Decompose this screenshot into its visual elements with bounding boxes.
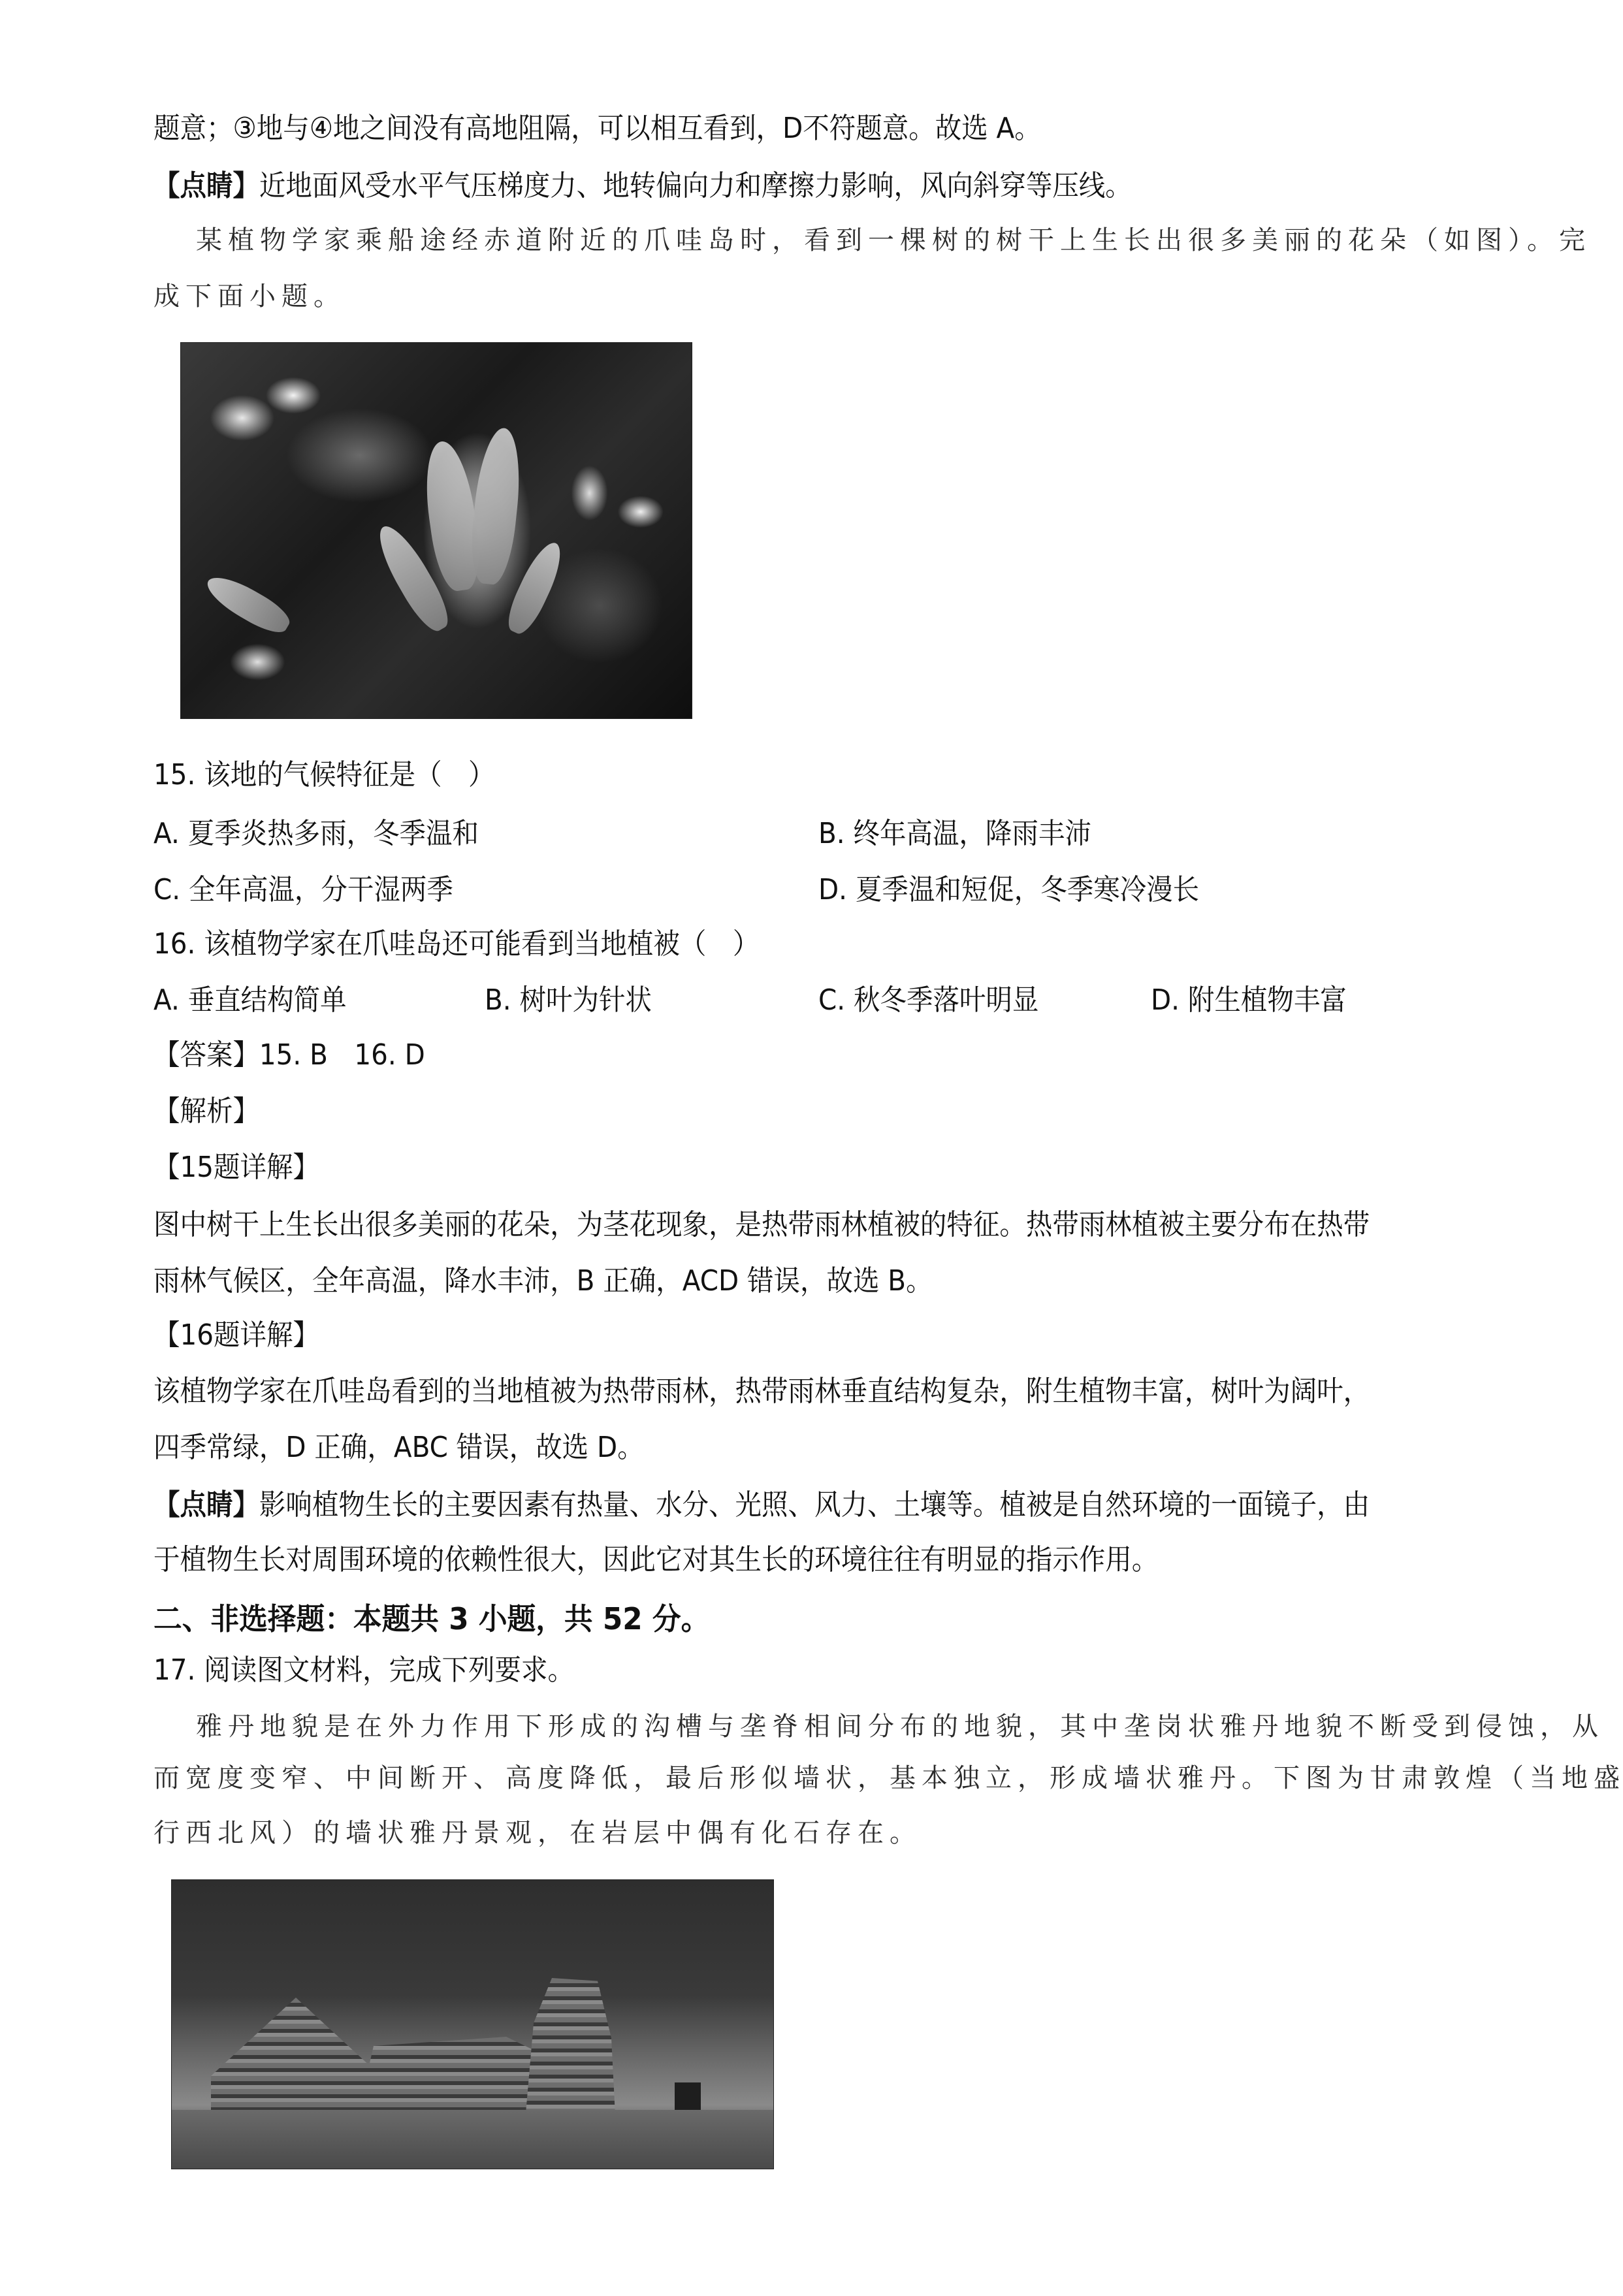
q16-option-b[interactable]: B. 树叶为针状 (485, 982, 652, 1019)
material-text-line-2: 成下面小题。 (153, 278, 345, 315)
answer-text: 15. B 16. D (259, 1038, 425, 1072)
mesa-left-shape (211, 1998, 381, 2128)
q15-detail-line-1: 图中树干上生长出很多美丽的花朵，为茎花现象，是热带雨林植被的特征。热带雨林植被主… (153, 1207, 1370, 1243)
q16-option-c[interactable]: C. 秋冬季落叶明显 (818, 982, 1038, 1019)
analysis-tip-label: 【点睛】 (153, 1488, 259, 1522)
tip-label: 【点睛】 (153, 169, 259, 202)
analysis-label: 【解析】 (153, 1093, 259, 1130)
q17-stem: 17. 阅读图文材料，完成下列要求。 (153, 1652, 574, 1689)
analysis-tip-text: 影响植物生长的主要因素有热量、水分、光照、风力、土壤等。植被是自然环境的一面镜子… (259, 1488, 1370, 1522)
petal-shape (467, 426, 526, 586)
q17-material-line-1: 雅丹地貌是在外力作用下形成的沟槽与垄脊相间分布的地貌，其中垄岗状雅丹地貌不断受到… (196, 1708, 1604, 1745)
answer-line: 【答案】15. B 16. D (153, 1037, 425, 1074)
section-heading: 二、非选择题：本题共 3 小题，共 52 分。 (153, 1601, 709, 1637)
q16-detail-line-2: 四季常绿，D 正确，ABC 错误，故选 D。 (153, 1429, 644, 1466)
q15-detail-line-2: 雨林气候区，全年高温，降水丰沛，B 正确，ACD 错误，故选 B。 (153, 1263, 933, 1299)
q15-option-c[interactable]: C. 全年高温，分干湿两季 (153, 872, 453, 908)
q15-detail-label: 【15题详解】 (153, 1149, 319, 1186)
petal-shape (201, 569, 295, 640)
ground-shape (172, 2110, 773, 2169)
analysis-tip-line-2: 于植物生长对周围环境的依赖性很大，因此它对其生长的环境往往有明显的指示作用。 (153, 1542, 1158, 1578)
q16-option-d[interactable]: D. 附生植物丰富 (1151, 982, 1347, 1019)
q16-option-a[interactable]: A. 垂直结构简单 (153, 982, 347, 1019)
prev-tip: 【点睛】近地面风受水平气压梯度力、地转偏向力和摩擦力影响，风向斜穿等压线。 (153, 168, 1132, 204)
tip-text: 近地面风受水平气压梯度力、地转偏向力和摩擦力影响，风向斜穿等压线。 (259, 169, 1132, 202)
material-text-line-1: 某植物学家乘船途经赤道附近的爪哇岛时，看到一棵树的树干上生长出很多美丽的花朵（如… (196, 222, 1591, 259)
q16-detail-label: 【16题详解】 (153, 1317, 319, 1354)
analysis-tip-line-1: 【点睛】影响植物生长的主要因素有热量、水分、光照、风力、土壤等。植被是自然环境的… (153, 1487, 1370, 1523)
q15-option-b[interactable]: B. 终年高温，降雨丰沛 (818, 816, 1091, 852)
flower-photo (180, 342, 692, 719)
q15-stem: 15. 该地的气候特征是（ ） (153, 757, 495, 793)
q17-material-line-2: 而宽度变窄、中间断开、高度降低，最后形似墙状，基本独立，形成墙状雅丹。下图为甘肃… (153, 1760, 1623, 1796)
yardang-photo (171, 1879, 774, 2169)
petal-shape (501, 537, 569, 639)
q15-option-d[interactable]: D. 夏季温和短促，冬季寒冷漫长 (818, 872, 1199, 908)
q16-stem: 16. 该植物学家在爪哇岛还可能看到当地植被（ ） (153, 926, 759, 963)
answer-label: 【答案】 (153, 1038, 259, 1072)
q15-option-a[interactable]: A. 夏季炎热多雨，冬季温和 (153, 816, 479, 852)
mesa-right-shape (524, 1978, 616, 2128)
q17-material-line-3: 行西北风）的墙状雅丹景观，在岩层中偶有化石存在。 (153, 1815, 922, 1851)
q16-detail-line-1: 该植物学家在爪哇岛看到的当地植被为热带雨林，热带雨林垂直结构复杂，附生植物丰富，… (153, 1373, 1370, 1410)
prev-explanation-tail: 题意；③地与④地之间没有高地阻隔，可以相互看到，D不符题意。故选 A。 (153, 110, 1041, 147)
